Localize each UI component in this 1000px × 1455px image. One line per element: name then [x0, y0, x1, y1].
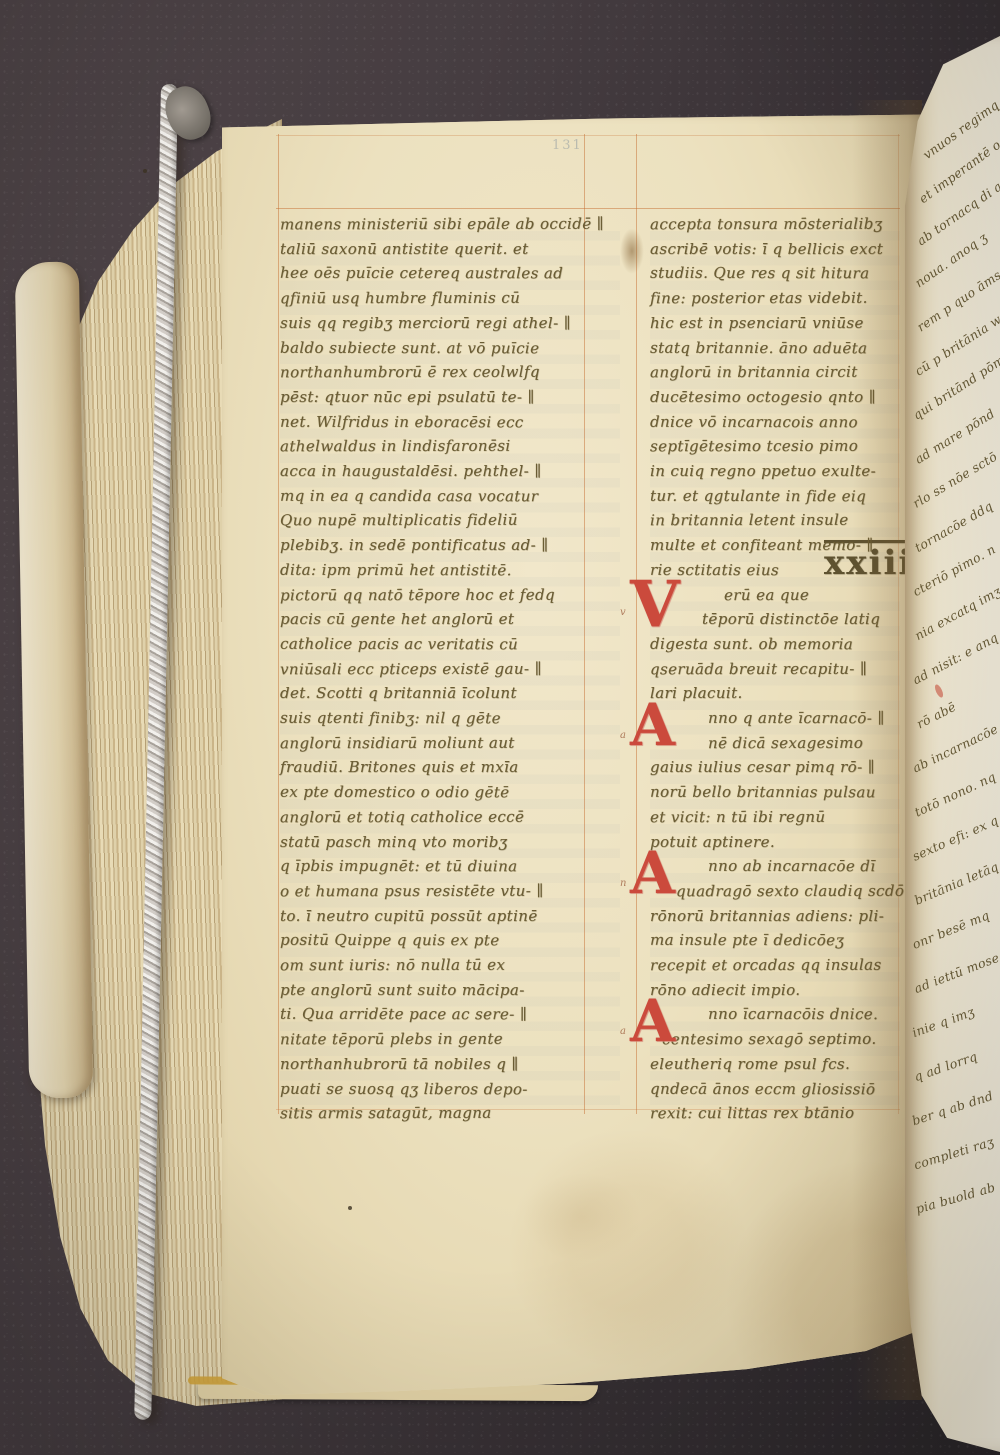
text-line: norū bello britannias pulsau [650, 780, 876, 805]
text-line: studiis. Que res q sit hitura [650, 261, 870, 286]
text-line: pacis cū gente het anglorū et [280, 607, 514, 632]
next-page-text-fragment: ad iettū mose [912, 950, 1000, 996]
text-line: q īpbis impugnēt: et tū diuina [280, 854, 518, 879]
text-line: northanhumbrorū ē rex ceolwlfq [280, 360, 540, 385]
text-line: nno q ante īcarnacō- ∥ [708, 706, 885, 731]
next-page-text-fragment: ber q ab dnd [910, 1088, 995, 1128]
text-line: anglorū insidiarū moliunt aut [280, 730, 515, 755]
ink-speck [143, 169, 147, 173]
text-line: quadragō sexto claudiq scdō [676, 879, 904, 904]
text-line: catholice pacis ac veritatis cū [280, 632, 518, 657]
text-line: anglorū in britannia circit [650, 360, 858, 385]
text-line: athelwaldus in lindisfaronēsi [280, 434, 511, 459]
text-line: sitis armis satagūt, magna [280, 1101, 492, 1126]
text-line: det. Scotti q britanniā īcolunt [280, 681, 517, 706]
text-line: fraudiū. Britones quis et mxīa [280, 755, 519, 780]
text-line: septīgētesimo tcesio pimo [650, 434, 858, 459]
next-page-text-fragment: q ad lorrq [912, 1049, 979, 1085]
text-line: anglorū et totiq catholice eccē [280, 805, 524, 830]
text-line: positū Quippe q quis ex pte [280, 928, 500, 953]
text-line: o et humana psus resistēte vtu- ∥ [280, 879, 544, 904]
text-line: multe et confiteant memo- ∥ [650, 533, 874, 558]
guide-letter: n [620, 878, 626, 889]
red-ink-mark [933, 683, 944, 698]
text-line: ex pte domestico o odio gētē [280, 780, 510, 805]
text-line: qseruāda breuit recapitu- ∥ [650, 656, 867, 681]
text-line: in britannia letent insule [650, 508, 849, 533]
guide-letter: a [620, 1026, 626, 1037]
manuscript-photo: 131 xxiiij manens ministeriū sibi epāle … [0, 0, 1000, 1455]
text-line: accepta tonsura mōsterialibʒ [650, 212, 883, 237]
parchment-stain [522, 1172, 642, 1262]
text-line: ascribē votis: ī q bellicis exct [650, 237, 883, 262]
rubricated-initial-A: A [630, 844, 675, 902]
text-line: nno īcarnacōis dnice. [708, 1002, 878, 1027]
text-line: acca in haugustaldēsi. pehthel- ∥ [280, 459, 542, 484]
ink-stain [620, 228, 644, 274]
text-line: qfiniū usq humbre fluminis cū [280, 286, 520, 311]
guide-letter: a [620, 730, 626, 741]
next-page-text-fragment: totō nono. nq [912, 769, 998, 820]
rubricated-initial-V: V [630, 573, 680, 637]
text-line: nno ab incarnacōe dī [708, 854, 876, 879]
ruling-horizontal-text-top [276, 208, 900, 209]
next-page-fore-edge: vnuos regimq efficiet imperantē oab torn… [902, 36, 1000, 1452]
guide-letter: v [620, 607, 626, 618]
text-line: in cuiq regno ppetuo exulte- [650, 459, 876, 484]
text-line: net. Wilfridus in eboracēsi ecc [280, 409, 524, 434]
text-line: taliū saxonū antistite querit. et [280, 237, 529, 262]
text-line: suis qq regibʒ merciorū regi athel- ∥ [280, 311, 571, 336]
text-line: fine: posterior etas videbit. [650, 286, 868, 311]
ruling-vertical-left [278, 134, 279, 1114]
text-line: mq in ea q candida casa vocatur [280, 483, 538, 508]
next-page-text-fragment: rō abē [914, 699, 958, 731]
text-line: vniūsali ecc pticeps existē gau- ∥ [280, 656, 542, 681]
text-line: dita: ipm primū het antistitē. [280, 558, 512, 583]
text-line: nitate tēporū plebs in gente [280, 1027, 503, 1052]
text-line: to. ī neutro cupitū possūt aptinē [280, 904, 538, 929]
ink-speck [348, 1206, 352, 1210]
text-line: manens ministeriū sibi epāle ab occidē ∥ [280, 212, 604, 237]
text-line: northanhubrorū tā nobiles q ∥ [280, 1052, 519, 1077]
next-page-text-fragment: sexto efi: ex q [910, 812, 1000, 863]
text-line: digesta sunt. ob memoria [650, 632, 853, 657]
next-page-text-fragment: completi raʒ [912, 1134, 996, 1173]
text-line: hic est in psenciarū vniūse [650, 311, 864, 336]
text-line: gaius iulius cesar pimq rō- ∥ [650, 755, 875, 780]
text-line: hee oēs puīcie cetereq australes ad [280, 261, 563, 286]
text-line: erū ea que [724, 582, 809, 607]
manuscript-page: 131 xxiiij manens ministeriū sibi epāle … [222, 112, 922, 1404]
text-line: statq britannie. āno aduēta [650, 335, 867, 360]
folio-number: 131 [552, 138, 583, 153]
text-line: et vicit: n tū ibi regnū [650, 805, 825, 830]
text-line: ma insule pte ī dedicōeʒ [650, 928, 844, 953]
text-line: plebibʒ. in sedē pontificatus ad- ∥ [280, 533, 549, 558]
ruling-horizontal-top-margin [276, 135, 900, 136]
text-line: pēst: qtuor nūc epi psulatū te- ∥ [280, 385, 535, 410]
text-line: eleutheriq rome psul fcs. [650, 1052, 850, 1077]
next-page-text-fragment: britānia letāq [912, 859, 1000, 908]
next-page-text-fragment: onr besē mq [910, 907, 992, 952]
text-line: nē dicā sexagesimo [708, 731, 863, 756]
text-line: qndecā ānos eccm gliosissiō [650, 1076, 875, 1101]
text-line: puati se suosq qʒ liberos depo- [280, 1076, 528, 1101]
text-line: rōnorū britannias adiens: pli- [650, 904, 884, 929]
text-line: statū pasch minq vto moribʒ [280, 830, 508, 855]
text-line: tēporū distinctōe latiq [702, 607, 880, 632]
text-line: recepit et orcadas qq insulas [650, 953, 882, 978]
text-line: ti. Qua arridēte pace ac sere- ∥ [280, 1002, 527, 1027]
text-line: centesimo sexagō septimo. [662, 1027, 877, 1052]
text-line: rexit: cui littas rex btānio [650, 1101, 854, 1126]
text-line: ducētesimo octogesio qnto ∥ [650, 385, 876, 410]
text-line: suis qtenti finibʒ: nil q gēte [280, 706, 501, 731]
rubricated-initial-A: A [630, 696, 675, 754]
text-line: om sunt iuris: nō nulla tū ex [280, 953, 505, 978]
text-line: pte anglorū sunt suito mācipa- [280, 978, 525, 1003]
rubricated-initial-A: A [630, 992, 675, 1050]
text-line: Quo nupē multiplicatis fideliū [280, 508, 518, 533]
text-line: dnice vō incarnacois anno [650, 409, 858, 434]
text-line: pictorū qq natō tēpore hoc et fedq [280, 582, 555, 607]
text-line: tur. et qgtulante in fide eiq [650, 483, 866, 508]
next-page-text-fragment: pia buold ab [914, 1179, 997, 1216]
text-line: baldo subiecte sunt. at vō puīcie [280, 335, 539, 360]
next-page-text-fragment: inie q imʒ [910, 1004, 977, 1040]
